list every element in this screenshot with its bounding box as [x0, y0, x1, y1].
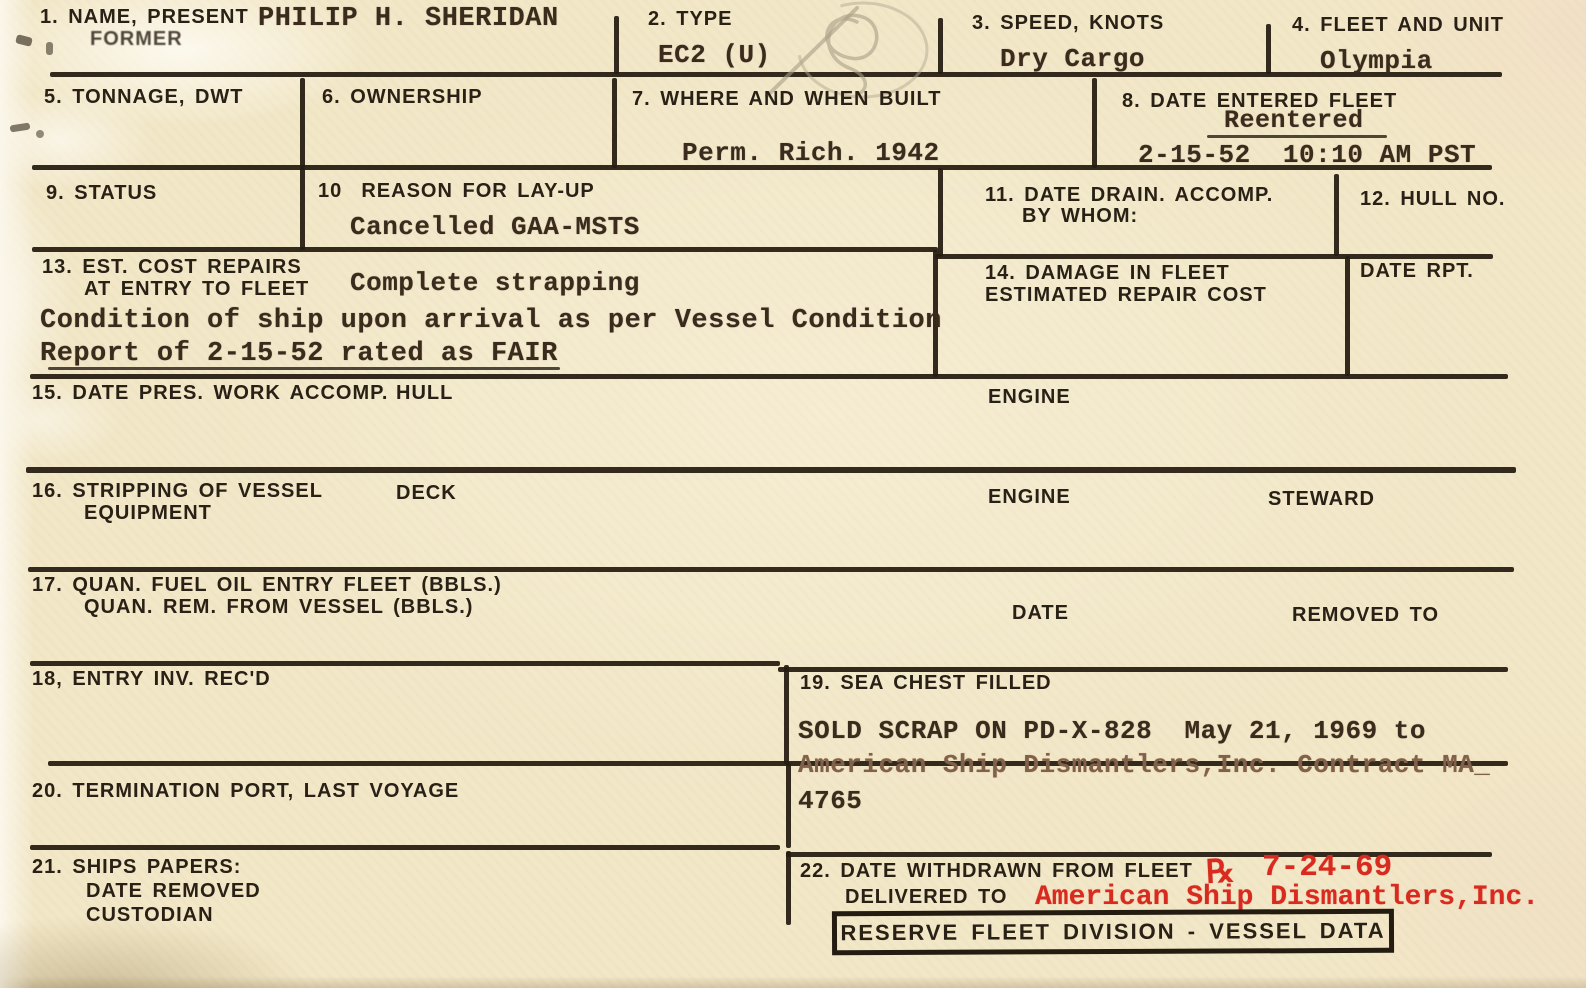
- rule-h-row9-left: [30, 845, 780, 850]
- rule-v-row9: [786, 763, 791, 848]
- rule-h-row5: [26, 467, 1516, 473]
- field3-value: Dry Cargo: [1000, 44, 1145, 74]
- field6-label: 6. OWNERSHIP: [322, 86, 483, 108]
- rule-h-row7-left: [30, 661, 780, 666]
- field13-note-line2: Report of 2-15-52 rated as FAIR: [40, 339, 558, 369]
- field16-col-engine: ENGINE: [988, 486, 1071, 508]
- field17-label-line2: QUAN. REM. FROM VESSEL (BBLS.): [84, 596, 473, 618]
- rule-v-row2-c: [1092, 78, 1097, 168]
- field7-label: 7. WHERE AND WHEN BUILT: [632, 88, 941, 110]
- field16-label-sub: EQUIPMENT: [84, 502, 212, 524]
- field19-label: 19. SEA CHEST FILLED: [800, 672, 1052, 694]
- field21-label: 21. SHIPS PAPERS:: [32, 856, 241, 878]
- field19-entry-line1: SOLD SCRAP ON PD-X-828 May 21, 1969 to: [798, 716, 1426, 746]
- field8-status: Reentered: [1224, 106, 1364, 136]
- rule-v-row2-a: [300, 78, 305, 168]
- field12-label: 12. HULL NO.: [1360, 188, 1505, 210]
- field16-label: 16. STRIPPING OF VESSEL: [32, 480, 323, 502]
- field15-col-hull: HULL: [396, 382, 453, 404]
- field4-label: 4. FLEET AND UNIT: [1292, 14, 1504, 36]
- rule-h-row3-right: [935, 254, 1493, 259]
- field10-value: Cancelled GAA-MSTS: [350, 212, 640, 242]
- field11-label: 11. DATE DRAIN. ACCOMP.: [985, 184, 1273, 206]
- field15-label: 15. DATE PRES. WORK ACCOMP.: [32, 382, 388, 404]
- ink-smudge-icon: [10, 122, 31, 132]
- rule-h-row4: [30, 374, 1508, 379]
- field10-label: 10 REASON FOR LAY-UP: [318, 180, 595, 202]
- rule-v-row3-c: [1334, 174, 1339, 256]
- rule-h-row6: [28, 567, 1514, 572]
- field8-value: 2-15-52 10:10 AM PST: [1138, 140, 1476, 170]
- field14-label-date-rpt: DATE RPT.: [1360, 260, 1474, 282]
- field22-date-withdrawn: 7-24-69: [1262, 850, 1392, 885]
- field14-label: 14. DAMAGE IN FLEET: [985, 262, 1230, 284]
- ink-smudge-icon: [46, 42, 53, 55]
- footer-stamp-label: RESERVE FLEET DIVISION - VESSEL DATA: [840, 918, 1385, 946]
- field19-entry-line3: 4765: [798, 786, 862, 816]
- rule-h-row3-left: [32, 247, 938, 252]
- field22-label-delivered: DELIVERED TO: [845, 886, 1007, 908]
- field7-value: Perm. Rich. 1942: [682, 138, 940, 168]
- field1-value: PHILIP H. SHERIDAN: [258, 4, 559, 34]
- vessel-data-card: 1. NAME, PRESENT FORMER PHILIP H. SHERID…: [0, 0, 1586, 988]
- rule-v-row10: [786, 851, 791, 925]
- field16-col-deck: DECK: [396, 482, 457, 504]
- field16-col-steward: STEWARD: [1268, 488, 1375, 510]
- field15-col-engine: ENGINE: [988, 386, 1071, 408]
- field13-label-sub: AT ENTRY TO FLEET: [84, 278, 309, 300]
- field20-label: 20. TERMINATION PORT, LAST VOYAGE: [32, 780, 459, 802]
- field19-entry-line2: American Ship Dismantlers,Inc. Contract …: [798, 750, 1490, 780]
- field21-label-date-removed: DATE REMOVED: [86, 880, 261, 902]
- field13-note-line1: Condition of ship upon arrival as per Ve…: [40, 306, 942, 336]
- rule-v-row3-a: [300, 168, 305, 250]
- field1-label: 1. NAME, PRESENT: [40, 6, 249, 28]
- field5-label: 5. TONNAGE, DWT: [44, 86, 244, 108]
- field4-value: Olympia: [1320, 46, 1433, 76]
- field14-label-sub: ESTIMATED REPAIR COST: [985, 284, 1267, 306]
- field19-entry-line1-rest: May 21, 1969 to: [1152, 716, 1426, 746]
- ink-smudge-icon: [15, 34, 33, 47]
- rule-v-row3-b: [938, 168, 943, 257]
- rule-v-row8: [784, 665, 789, 764]
- rule-v-row1-c: [1266, 24, 1271, 74]
- field13-value: Complete strapping: [350, 268, 640, 298]
- field11-label-by-whom: BY WHOM:: [1022, 205, 1138, 227]
- field17-label-line1: 17. QUAN. FUEL OIL ENTRY FLEET (BBLS.): [32, 574, 502, 596]
- field21-label-custodian: CUSTODIAN: [86, 904, 214, 926]
- field22-label: 22. DATE WITHDRAWN FROM FLEET: [800, 860, 1193, 882]
- field13-label: 13. EST. COST REPAIRS: [42, 256, 302, 278]
- field19-entry-line1-faded: SOLD SCRAP ON PD-X-828: [798, 716, 1152, 746]
- field9-label: 9. STATUS: [46, 182, 157, 204]
- field18-label: 18, ENTRY INV. REC'D: [32, 668, 271, 690]
- field17-col-date: DATE: [1012, 602, 1069, 624]
- rule-v-row4-b: [1345, 256, 1350, 376]
- ink-smudge-icon: [36, 130, 44, 138]
- field1-label-former: FORMER: [90, 28, 183, 50]
- field3-label: 3. SPEED, KNOTS: [972, 12, 1164, 34]
- field17-col-removed-to: REMOVED TO: [1292, 604, 1439, 626]
- footer-stamp-box: RESERVE FLEET DIVISION - VESSEL DATA: [832, 909, 1394, 955]
